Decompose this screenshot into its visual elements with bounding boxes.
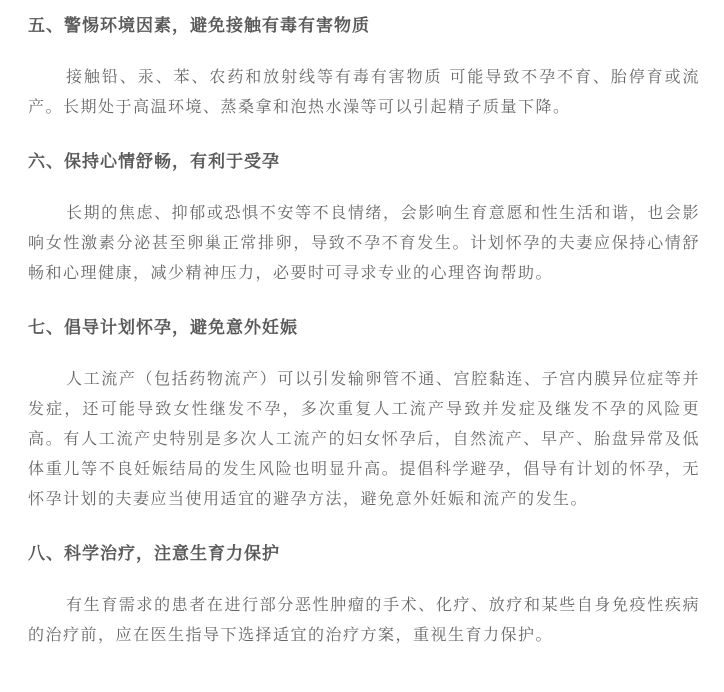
section-heading-5: 五、警惕环境因素，避免接触有毒有害物质 xyxy=(28,14,700,38)
section-paragraph: 接触铅、汞、苯、农药和放射线等有毒有害物质 可能导致不孕不育、胎停育或流产。长期… xyxy=(28,62,700,122)
article-section-8: 八、科学治疗，注意生育力保护 有生育需求的患者在进行部分恶性肿瘤的手术、化疗、放… xyxy=(28,542,700,650)
article-section-6: 六、保持心情舒畅，有利于受孕 长期的焦虑、抑郁或恐惧不安等不良情绪，会影响生育意… xyxy=(28,150,700,288)
article-body: 五、警惕环境因素，避免接触有毒有害物质 接触铅、汞、苯、农药和放射线等有毒有害物… xyxy=(0,0,724,670)
section-heading-6: 六、保持心情舒畅，有利于受孕 xyxy=(28,150,700,174)
section-paragraph: 有生育需求的患者在进行部分恶性肿瘤的手术、化疗、放疗和某些自身免疫性疾病的治疗前… xyxy=(28,590,700,650)
article-section-5: 五、警惕环境因素，避免接触有毒有害物质 接触铅、汞、苯、农药和放射线等有毒有害物… xyxy=(28,14,700,122)
section-heading-8: 八、科学治疗，注意生育力保护 xyxy=(28,542,700,566)
section-paragraph: 人工流产（包括药物流产）可以引发输卵管不通、宫腔黏连、子宫内膜异位症等并发症，还… xyxy=(28,364,700,514)
section-heading-7: 七、倡导计划怀孕，避免意外妊娠 xyxy=(28,316,700,340)
document-page: { "page": { "background": "#ffffff", "he… xyxy=(0,0,724,692)
article-section-7: 七、倡导计划怀孕，避免意外妊娠 人工流产（包括药物流产）可以引发输卵管不通、宫腔… xyxy=(28,316,700,514)
section-paragraph: 长期的焦虑、抑郁或恐惧不安等不良情绪，会影响生育意愿和性生活和谐，也会影响女性激… xyxy=(28,198,700,288)
